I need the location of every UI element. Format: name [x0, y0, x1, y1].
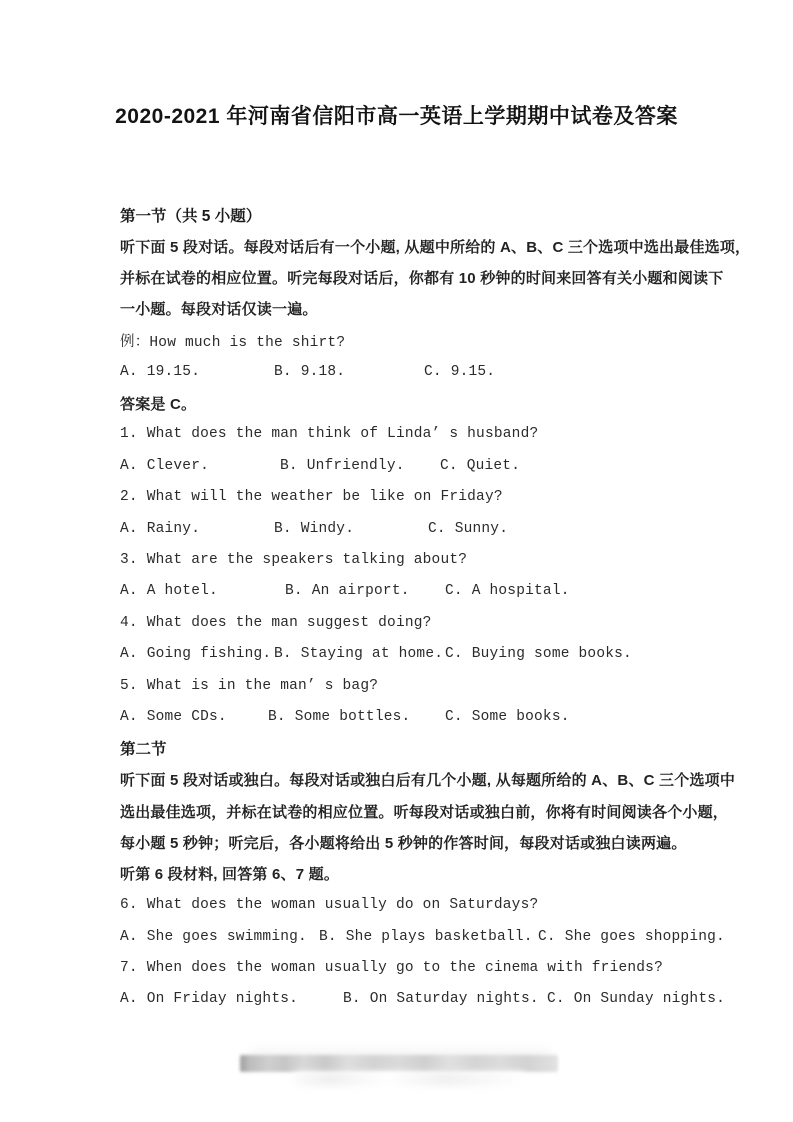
- section1-heading: 第一节（共 5 小题）: [120, 199, 686, 230]
- watermark-bar: [240, 1055, 558, 1072]
- exam-paper-page: 2020-2021 年河南省信阳市高一英语上学期期中试卷及答案 第一节（共 5 …: [0, 0, 793, 1122]
- blurred-watermark: [240, 1050, 558, 1092]
- q6-option-b: B. She plays basketball.: [319, 929, 538, 945]
- q1-option-b: B. Unfriendly.: [280, 458, 440, 474]
- example-question: 例：How much is the shirt?: [120, 325, 686, 356]
- q3-option-c: C. A hospital.: [445, 583, 570, 599]
- question-5-options-row: A. Some CDs. B. Some bottles. C. Some bo…: [120, 701, 686, 732]
- example-option-b: B. 9.18.: [274, 364, 424, 380]
- q2-option-b: B. Windy.: [274, 521, 428, 537]
- section2-material-note: 听第 6 段材料, 回答第 6、7 题。: [120, 858, 686, 889]
- question-1-options-row: A. Clever. B. Unfriendly. C. Quiet.: [120, 450, 686, 481]
- question-1: 1. What does the man think of Linda’ s h…: [120, 419, 686, 450]
- page-title: 2020-2021 年河南省信阳市高一英语上学期期中试卷及答案: [0, 100, 793, 130]
- section2-intro-line1: 听下面 5 段对话或独白。每段对话或独白后有几个小题, 从每题所给的 A、B、C…: [120, 764, 686, 795]
- question-7: 7. When does the woman usually go to the…: [120, 952, 686, 983]
- section1-intro-line3: 一小题。每段对话仅读一遍。: [120, 293, 686, 324]
- question-5: 5. What is in the man’ s bag?: [120, 670, 686, 701]
- watermark-smudge: [295, 1072, 525, 1086]
- q3-option-a: A. A hotel.: [120, 583, 285, 599]
- example-answer-note: 答案是 C。: [120, 387, 686, 418]
- question-2: 2. What will the weather be like on Frid…: [120, 482, 686, 513]
- q2-option-a: A. Rainy.: [120, 521, 274, 537]
- q6-option-c: C. She goes shopping.: [538, 929, 725, 945]
- question-2-options-row: A. Rainy. B. Windy. C. Sunny.: [120, 513, 686, 544]
- q4-option-c: C. Buying some books.: [445, 646, 632, 662]
- example-option-a: A. 19.15.: [120, 364, 274, 380]
- section2-intro-line2: 选出最佳选项，并标在试卷的相应位置。听每段对话或独白前，你将有时间阅读各个小题，: [120, 795, 686, 826]
- q5-option-a: A. Some CDs.: [120, 709, 268, 725]
- question-6: 6. What does the woman usually do on Sat…: [120, 890, 686, 921]
- question-7-options-row: A. On Friday nights. B. On Saturday nigh…: [120, 984, 686, 1015]
- question-3: 3. What are the speakers talking about?: [120, 544, 686, 575]
- q5-option-c: C. Some books.: [445, 709, 570, 725]
- q4-option-b: B. Staying at home.: [274, 646, 445, 662]
- q1-option-a: A. Clever.: [120, 458, 280, 474]
- q5-option-b: B. Some bottles.: [268, 709, 445, 725]
- question-3-options-row: A. A hotel. B. An airport. C. A hospital…: [120, 576, 686, 607]
- question-4: 4. What does the man suggest doing?: [120, 607, 686, 638]
- q1-option-c: C. Quiet.: [440, 458, 520, 474]
- q7-option-a: A. On Friday nights.: [120, 991, 343, 1007]
- question-6-options-row: A. She goes swimming. B. She plays baske…: [120, 921, 686, 952]
- section2-intro-line3: 每小题 5 秒钟；听完后，各小题将给出 5 秒钟的作答时间，每段对话或独白读两遍…: [120, 827, 686, 858]
- section1-intro-line2: 并标在试卷的相应位置。听完每段对话后，你都有 10 秒钟的时间来回答有关小题和阅…: [120, 262, 686, 293]
- section1-intro-line1: 听下面 5 段对话。每段对话后有一个小题, 从题中所给的 A、B、C 三个选项中…: [120, 230, 686, 261]
- example-option-c: C. 9.15.: [424, 364, 495, 380]
- q7-option-c: C. On Sunday nights.: [547, 991, 725, 1007]
- exam-body: 第一节（共 5 小题） 听下面 5 段对话。每段对话后有一个小题, 从题中所给的…: [120, 199, 686, 1015]
- section2-heading: 第二节: [120, 733, 686, 764]
- q7-option-b: B. On Saturday nights.: [343, 991, 547, 1007]
- q3-option-b: B. An airport.: [285, 583, 445, 599]
- q6-option-a: A. She goes swimming.: [120, 929, 319, 945]
- example-options-row: A. 19.15. B. 9.18. C. 9.15.: [120, 356, 686, 387]
- question-4-options-row: A. Going fishing. B. Staying at home. C.…: [120, 638, 686, 669]
- q4-option-a: A. Going fishing.: [120, 646, 274, 662]
- q2-option-c: C. Sunny.: [428, 521, 508, 537]
